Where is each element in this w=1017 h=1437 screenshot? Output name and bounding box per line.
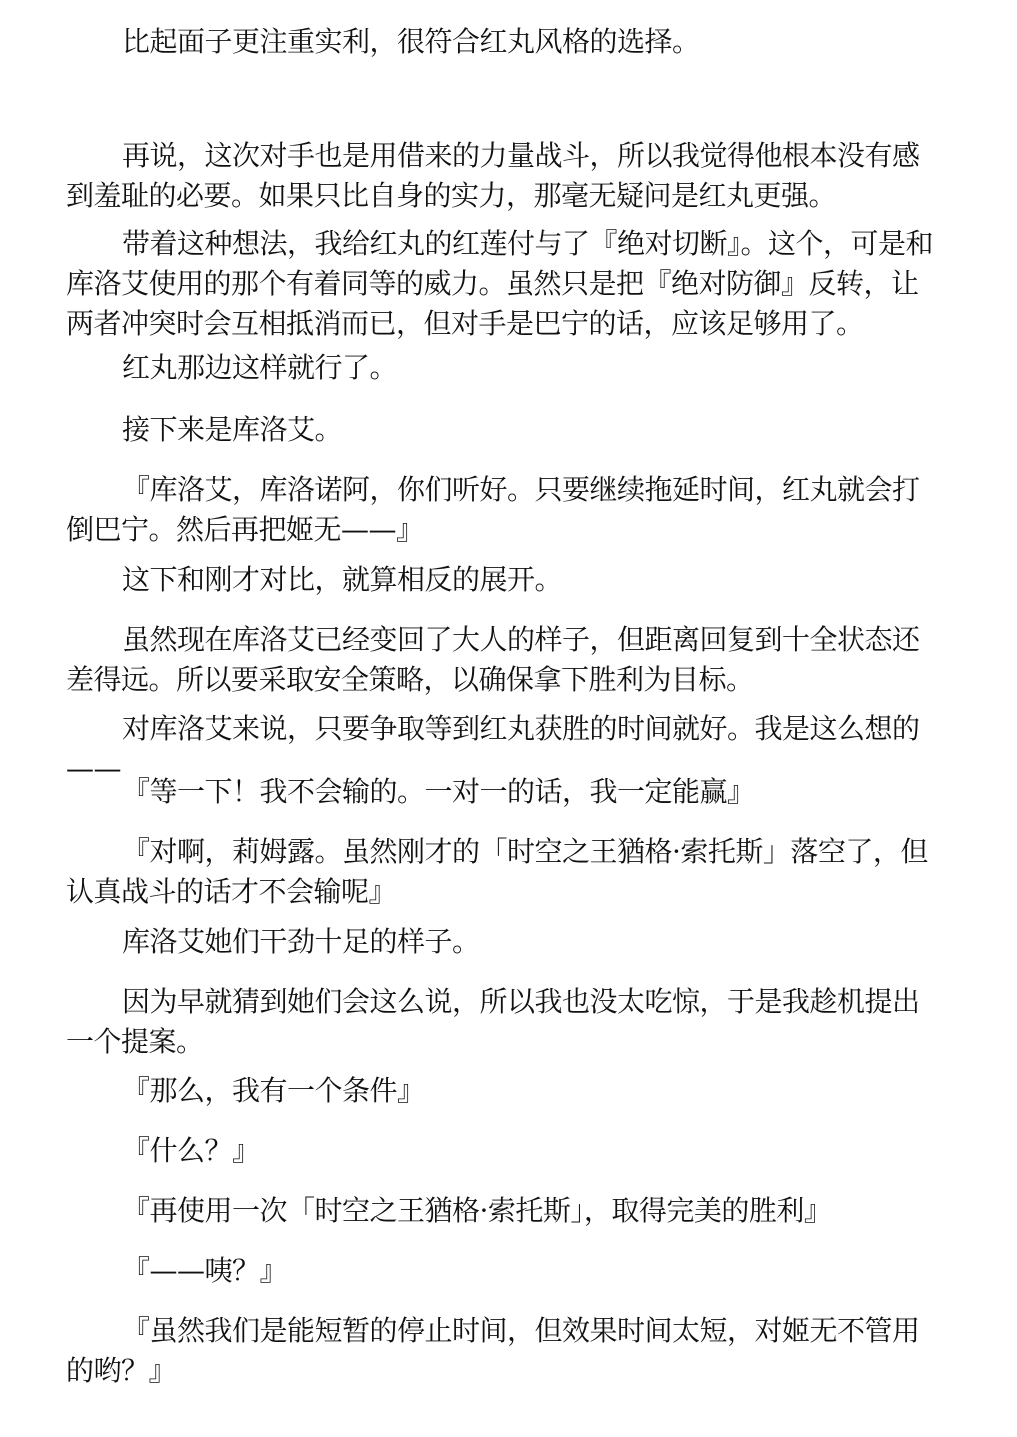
dialogue-paragraph: 『对啊，莉姆露。虽然刚才的「时空之王猶格·索托斯」落空了，但认真战斗的话才不会输… xyxy=(66,832,936,912)
paragraph: 红丸那边这样就行了。 xyxy=(66,348,936,388)
dialogue-paragraph: 『再使用一次「时空之王猶格·索托斯」，取得完美的胜利』 xyxy=(66,1191,936,1231)
paragraph: 比起面子更注重实利，很符合红丸风格的选择。 xyxy=(66,22,936,62)
paragraph: 接下来是库洛艾。 xyxy=(66,410,936,450)
dialogue-paragraph: 『库洛艾，库洛诺阿，你们听好。只要继续拖延时间，红丸就会打倒巴宁。然后再把姬无—… xyxy=(66,470,936,550)
paragraph: 因为早就猜到她们会这么说，所以我也没太吃惊，于是我趁机提出一个提案。 xyxy=(66,982,936,1062)
paragraph: 虽然现在库洛艾已经变回了大人的样子，但距离回复到十全状态还差得远。所以要采取安全… xyxy=(66,620,936,700)
paragraph: 这下和刚才对比，就算相反的展开。 xyxy=(66,560,936,600)
dialogue-paragraph: 『什么？』 xyxy=(66,1131,936,1171)
paragraph: 带着这种想法，我给红丸的红莲付与了『绝对切断』。这个，可是和库洛艾使用的那个有着… xyxy=(66,224,936,344)
dialogue-paragraph: 『等一下！我不会输的。一对一的话，我一定能赢』 xyxy=(66,772,936,812)
dialogue-paragraph: 『那么，我有一个条件』 xyxy=(66,1071,936,1111)
dialogue-paragraph: 『——咦？』 xyxy=(66,1251,936,1291)
dialogue-paragraph: 『虽然我们是能短暂的停止时间，但效果时间太短，对姬无不管用的哟？』 xyxy=(66,1311,936,1391)
paragraph: 库洛艾她们干劲十足的样子。 xyxy=(66,922,936,962)
paragraph: 再说，这次对手也是用借来的力量战斗，所以我觉得他根本没有感到羞耻的必要。如果只比… xyxy=(66,136,936,216)
